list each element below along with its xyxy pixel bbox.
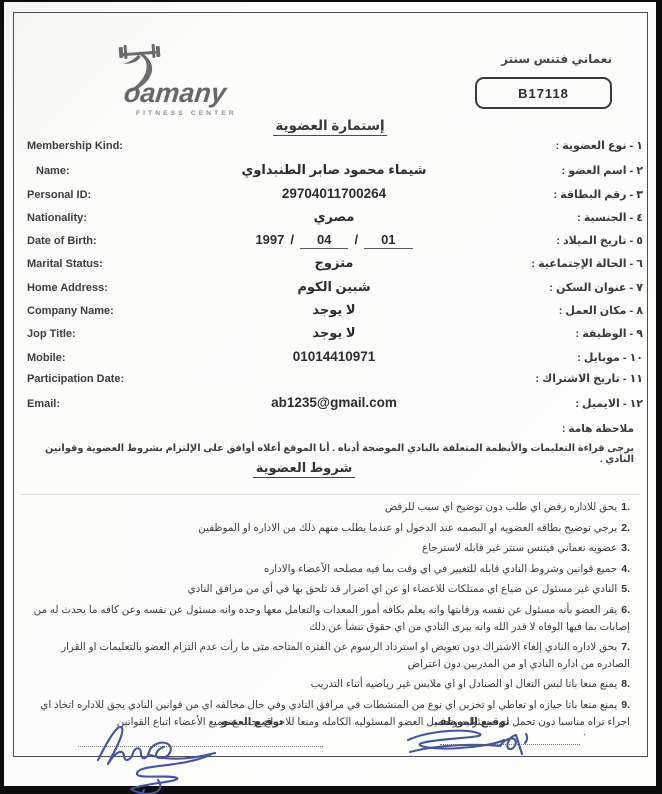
field-label-ar: ٦ - الحالة الإجتماعية : (473, 257, 643, 270)
term-text: عضويه نعماني فيتنس سنتر غير قابله لاسترج… (422, 543, 617, 554)
field-label-ar: ٧ - عنوان السكن : (473, 281, 643, 294)
field-label-en: Participation Date: (27, 373, 195, 385)
dob-month: 04 (300, 232, 348, 249)
field-label-ar: ٢ - اسم العضو : (473, 164, 643, 177)
term-item: 5.النادي غير مسئول عن ضياع اي ممتلكات لل… (30, 581, 630, 599)
field-label-ar: ٣ - رقم البطاقة : (473, 188, 643, 201)
term-number: 9. (621, 699, 630, 711)
date-of-birth-value: 1997/04/01 (255, 232, 412, 249)
fitness-center-logo: oamany FITNESS CENTER (96, 48, 246, 120)
field-value: لا يوجد (195, 325, 473, 341)
field-value: ab1235@gmail.com (195, 395, 473, 410)
page-title: إستمارة العضوية (4, 118, 656, 134)
terms-divider-line (20, 494, 640, 495)
form-row: Mobile:01014410971١٠ - موبايل : (27, 349, 643, 372)
field-label-en: Mobile: (27, 352, 195, 364)
field-label-en: Nationality: (27, 212, 195, 224)
club-name-arabic: نعماني فتنس سنتر (442, 52, 612, 66)
form-row: Marital Status:متزوج٦ - الحالة الإجتماعي… (27, 255, 643, 278)
form-row: Personal ID:29704011700264٣ - رقم البطاق… (27, 186, 643, 209)
field-value: 29704011700264 (195, 186, 473, 201)
field-label-en: Email: (27, 398, 195, 410)
term-number: 3. (621, 542, 630, 554)
field-label-en: Marital Status: (27, 258, 195, 270)
field-label-ar: ٥ - تاريخ الميلاد : (473, 234, 643, 247)
field-value: شيماء محمود صابر الطنبداوي (195, 162, 473, 178)
date-separator: / (290, 232, 294, 247)
term-text: يحق لاداره النادي إلغاء الاشتراك دون تعو… (61, 642, 630, 670)
form-row: Email:ab1235@gmail.com١٢ - الايميل : (27, 395, 643, 418)
document-page: oamany FITNESS CENTER نعماني فتنس سنتر B… (4, 2, 656, 786)
date-separator: / (354, 232, 358, 247)
field-value: مصري (195, 209, 473, 225)
term-text: يرجي توضيح بطاقه العضويه او البصمه عند ا… (198, 523, 617, 534)
form-row: Company Name:لا يوجد٨ - مكان العمل : (27, 302, 643, 325)
term-item: 7.يحق لاداره النادي إلغاء الاشتراك دون ت… (30, 639, 630, 673)
field-value: شبين الكوم (195, 279, 473, 295)
member-signature-ink (84, 714, 264, 794)
dob-year: 1997 (255, 232, 284, 247)
term-text: يمنع منعا باتا لبس النعال او الصنادل او … (311, 679, 618, 690)
term-item: 3.عضويه نعماني فيتنس سنتر غير قابله لاست… (30, 540, 630, 558)
term-text: جميع قوانين وشروط النادي قابله للتغيير ف… (264, 564, 617, 575)
field-label-ar: ٨ - مكان العمل : (473, 304, 643, 317)
field-label-ar: ١٠ - موبايل : (473, 351, 643, 364)
dob-day: 01 (364, 232, 412, 249)
form-row: Participation Date:١١ - تاريخ الاشتراك : (27, 372, 643, 395)
term-number: 7. (621, 641, 630, 653)
field-label-en: Company Name: (27, 305, 195, 317)
staff-signature-ink (400, 726, 540, 770)
brand-word: oamany (122, 78, 227, 109)
term-text: يحق للاداره رفض اي طلب دون توضيح اي سبب … (385, 502, 617, 513)
term-number: 1. (621, 501, 630, 513)
brand-tagline: FITNESS CENTER (136, 110, 237, 117)
terms-heading: شروط العضوية (4, 460, 604, 476)
term-item: 4.جميع قوانين وشروط النادي قابله للتغيير… (30, 561, 630, 579)
term-number: 4. (621, 563, 630, 575)
term-number: 8. (621, 678, 630, 690)
term-number: 6. (621, 604, 630, 616)
form-row: Name:شيماء محمود صابر الطنبداوي٢ - اسم ا… (27, 162, 643, 185)
field-label-ar: ١١ - تاريخ الاشتراك : (473, 372, 643, 385)
form-row: Membership Kind:١ - نوع العضوية : (27, 139, 643, 162)
term-item: 2.يرجي توضيح بطاقه العضويه او البصمه عند… (30, 520, 630, 538)
scanned-membership-form: { "header": { "logo": { "brand_word": "o… (0, 0, 662, 794)
form-fields: Membership Kind:١ - نوع العضوية :Name:شي… (27, 139, 643, 419)
field-label-en: Membership Kind: (27, 140, 195, 152)
form-row: Home Address:شبين الكوم٧ - عنوان السكن : (27, 279, 643, 302)
field-label-en: Home Address: (27, 282, 195, 294)
field-label-ar: ١٢ - الايميل : (473, 397, 643, 410)
field-value: متزوج (195, 255, 473, 271)
field-label-en: Date of Birth: (27, 235, 195, 247)
field-value: 1997/04/01 (195, 232, 473, 249)
form-row: Date of Birth:1997/04/01٥ - تاريخ الميلا… (27, 232, 643, 255)
form-row: Nationality:مصري٤ - الجنسية : (27, 209, 643, 232)
field-label-ar: ١ - نوع العضوية : (473, 139, 643, 152)
field-value: 01014410971 (195, 349, 473, 364)
field-label-ar: ٩ - الوظيفة : (473, 327, 643, 340)
term-number: 5. (621, 583, 630, 595)
field-label-en: Name: (27, 165, 195, 177)
field-value: لا يوجد (195, 302, 473, 318)
term-text: النادي غير مسئول عن ضياع اي ممتلكات للاع… (188, 584, 618, 595)
term-item: 6.يقر العضو بأنه مسئول عن نفسه ورقابتها … (30, 602, 630, 636)
member-code-box: B17118 (475, 77, 612, 109)
field-label-en: Jop Title: (27, 328, 195, 340)
term-text: يقر العضو بأنه مسئول عن نفسه ورقابتها وا… (34, 605, 630, 633)
field-label-ar: ٤ - الجنسية : (473, 211, 643, 224)
term-number: 2. (621, 522, 630, 534)
terms-list: 1.يحق للاداره رفض اي طلب دون توضيح اي سب… (30, 499, 630, 734)
important-note-heading: ملاحظة هامة : (562, 423, 634, 435)
term-item: 1.يحق للاداره رفض اي طلب دون توضيح اي سب… (30, 499, 630, 517)
form-row: Jop Title:لا يوجد٩ - الوظيفة : (27, 325, 643, 348)
field-label-en: Personal ID: (27, 189, 195, 201)
term-item: 8.يمنع منعا باتا لبس النعال او الصنادل ا… (30, 676, 630, 694)
